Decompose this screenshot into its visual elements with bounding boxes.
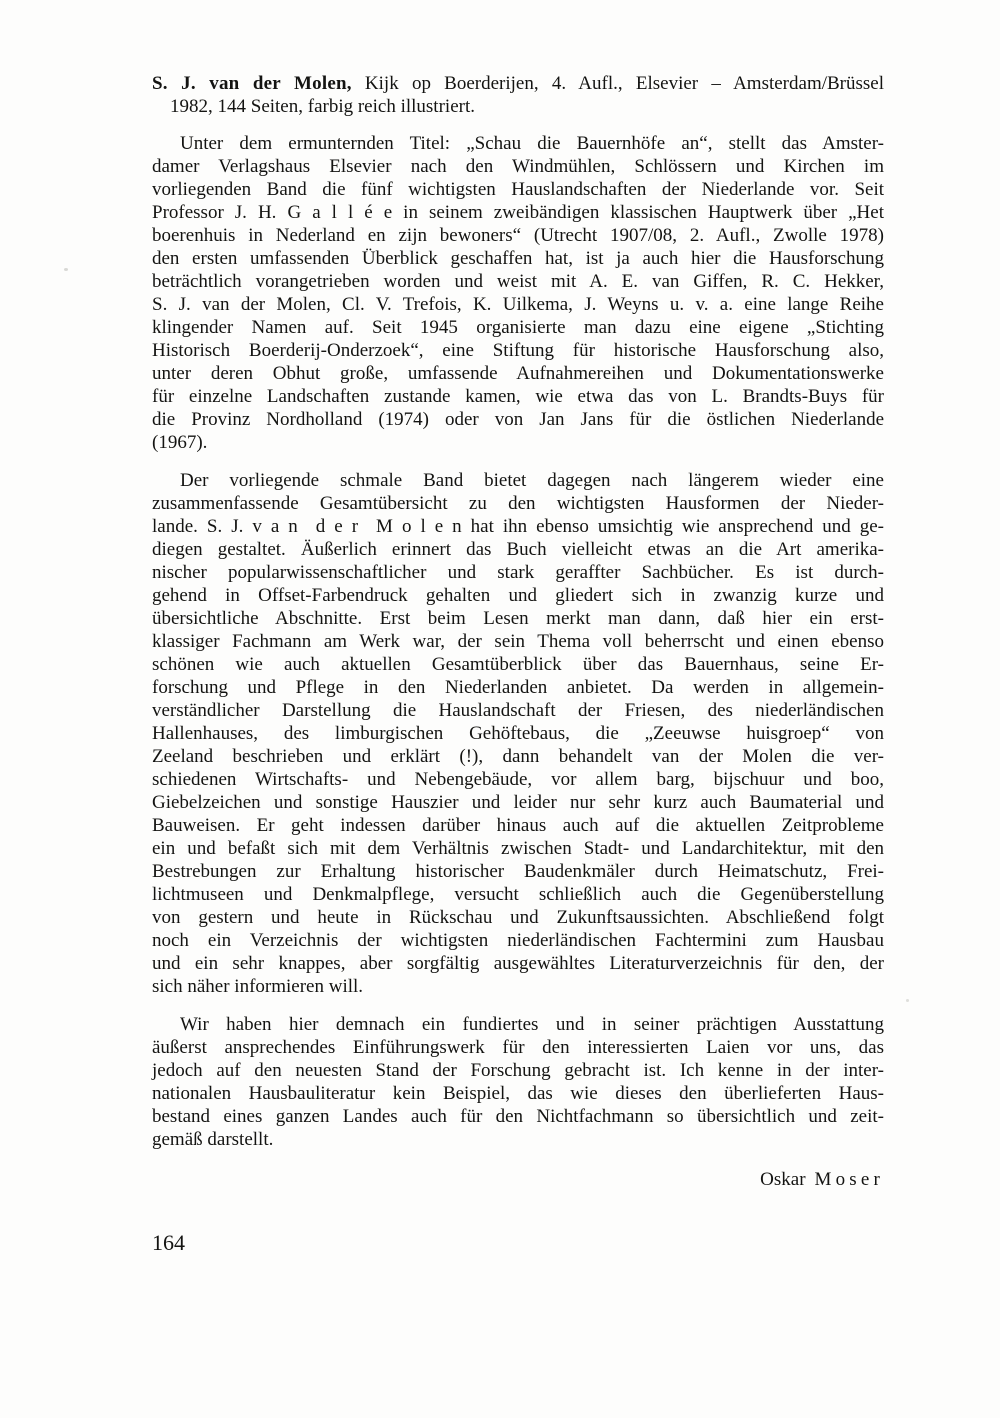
text-line: Bauweisen. Er geht indessen darüber hina… [152, 814, 884, 837]
text-line: und ein sehr knappes, aber sorgfältig au… [152, 952, 884, 975]
text-line: S. J. van der Molen, Cl. V. Trefois, K. … [152, 293, 884, 316]
text-line: forschung und Pflege in den Niederlanden… [152, 676, 884, 699]
text-line: Zeeland beschrieben und erklärt (!), dan… [152, 745, 884, 768]
book-reference: S. J. van der Molen, Kijk op Boerderijen… [152, 72, 884, 118]
scan-artifact [64, 268, 68, 271]
reviewer-last-name: Moser [815, 1169, 884, 1190]
text-line: Giebelzeichen und sonstige Hauszier und … [152, 791, 884, 814]
paragraph: Der vorliegende schmale Band bietet dage… [152, 469, 884, 998]
text-column: S. J. van der Molen, Kijk op Boerderijen… [152, 72, 884, 1254]
text-line: Professor J. H. G a l l é e in seinem zw… [152, 201, 884, 224]
text-line: ein und befaßt sich mit dem Verhältnis z… [152, 837, 884, 860]
text-line: Historisch Boerderij-Onderzoek“, eine St… [152, 339, 884, 362]
text-line: diegen gestaltet. Äußerlich erinnert das… [152, 538, 884, 561]
text-line: boerenhuis in Nederland en zijn bewoners… [152, 224, 884, 247]
text-line: beträchtlich vorangetrieben worden und w… [152, 270, 884, 293]
reference-line-1: S. J. van der Molen, Kijk op Boerderijen… [152, 72, 884, 95]
text-line: klassiger Fachmann am Werk war, der sein… [152, 630, 884, 653]
text-line: lichtmuseen und Denkmalpflege, versucht … [152, 883, 884, 906]
text-line: gehend in Offset-Farbendruck gehalten un… [152, 584, 884, 607]
text-line: übersichtliche Abschnitte. Erst beim Les… [152, 607, 884, 630]
text-line: gemäß darstellt. [152, 1128, 884, 1151]
scan-artifact [906, 999, 909, 1002]
text-line: jedoch auf den neuesten Stand der Forsch… [152, 1059, 884, 1082]
scanned-book-page: S. J. van der Molen, Kijk op Boerderijen… [0, 0, 1000, 1418]
text-line: für einzelne Landschaften zustande kamen… [152, 385, 884, 408]
review-body: Unter dem ermunternden Titel: „Schau die… [152, 132, 884, 1151]
text-line: nischer popularwissenschaftlicher und st… [152, 561, 884, 584]
text-line: noch ein Verzeichnis der wichtigsten nie… [152, 929, 884, 952]
reviewer-first-name: Oskar [760, 1169, 805, 1190]
paragraph: Unter dem ermunternden Titel: „Schau die… [152, 132, 884, 454]
paragraph: Wir haben hier demnach ein fundiertes un… [152, 1013, 884, 1151]
reference-line-2: 1982, 144 Seiten, farbig reich illustrie… [152, 95, 884, 118]
text-line: den ersten umfassenden Überblick geschaf… [152, 247, 884, 270]
text-line: schönen wie auch aktuellen Gesamtüberbli… [152, 653, 884, 676]
text-line: Hallenhauses, des limburgischen Gehöfteb… [152, 722, 884, 745]
page-number: 164 [152, 1231, 884, 1254]
text-line: klingender Namen auf. Seit 1945 organisi… [152, 316, 884, 339]
text-line: vorliegenden Band die fünf wichtigsten H… [152, 178, 884, 201]
text-line: verständlicher Darstellung die Hauslands… [152, 699, 884, 722]
text-line: zusammenfassende Gesamtübersicht zu den … [152, 492, 884, 515]
book-author: S. J. van der Molen, [152, 73, 352, 94]
text-line: die Provinz Nordholland (1974) oder von … [152, 408, 884, 431]
text-line: nationalen Hausbauliteratur kein Beispie… [152, 1082, 884, 1105]
text-line: sich näher informieren will. [152, 975, 884, 998]
text-line: damer Verlagshaus Elsevier nach den Wind… [152, 155, 884, 178]
text-line: bestand eines ganzen Landes auch für den… [152, 1105, 884, 1128]
text-line: von gestern und heute in Rückschau und Z… [152, 906, 884, 929]
text-line: Unter dem ermunternden Titel: „Schau die… [152, 132, 884, 155]
text-line: Der vorliegende schmale Band bietet dage… [152, 469, 884, 492]
text-line: Bestrebungen zur Erhaltung historischer … [152, 860, 884, 883]
text-line: Wir haben hier demnach ein fundiertes un… [152, 1013, 884, 1036]
text-line: (1967). [152, 431, 884, 454]
text-line: schiedenen Wirtschafts- und Nebengebäude… [152, 768, 884, 791]
text-line: unter deren Obhut große, umfassende Aufn… [152, 362, 884, 385]
reviewer-signature: OskarMoser [152, 1168, 884, 1191]
book-title-imprint: Kijk op Boerderijen, 4. Aufl., Elsevier … [352, 73, 884, 94]
text-line: äußerst ansprechendes Einführungswerk fü… [152, 1036, 884, 1059]
text-line: lande. S. J. v a n d e r M o l e n hat i… [152, 515, 884, 538]
